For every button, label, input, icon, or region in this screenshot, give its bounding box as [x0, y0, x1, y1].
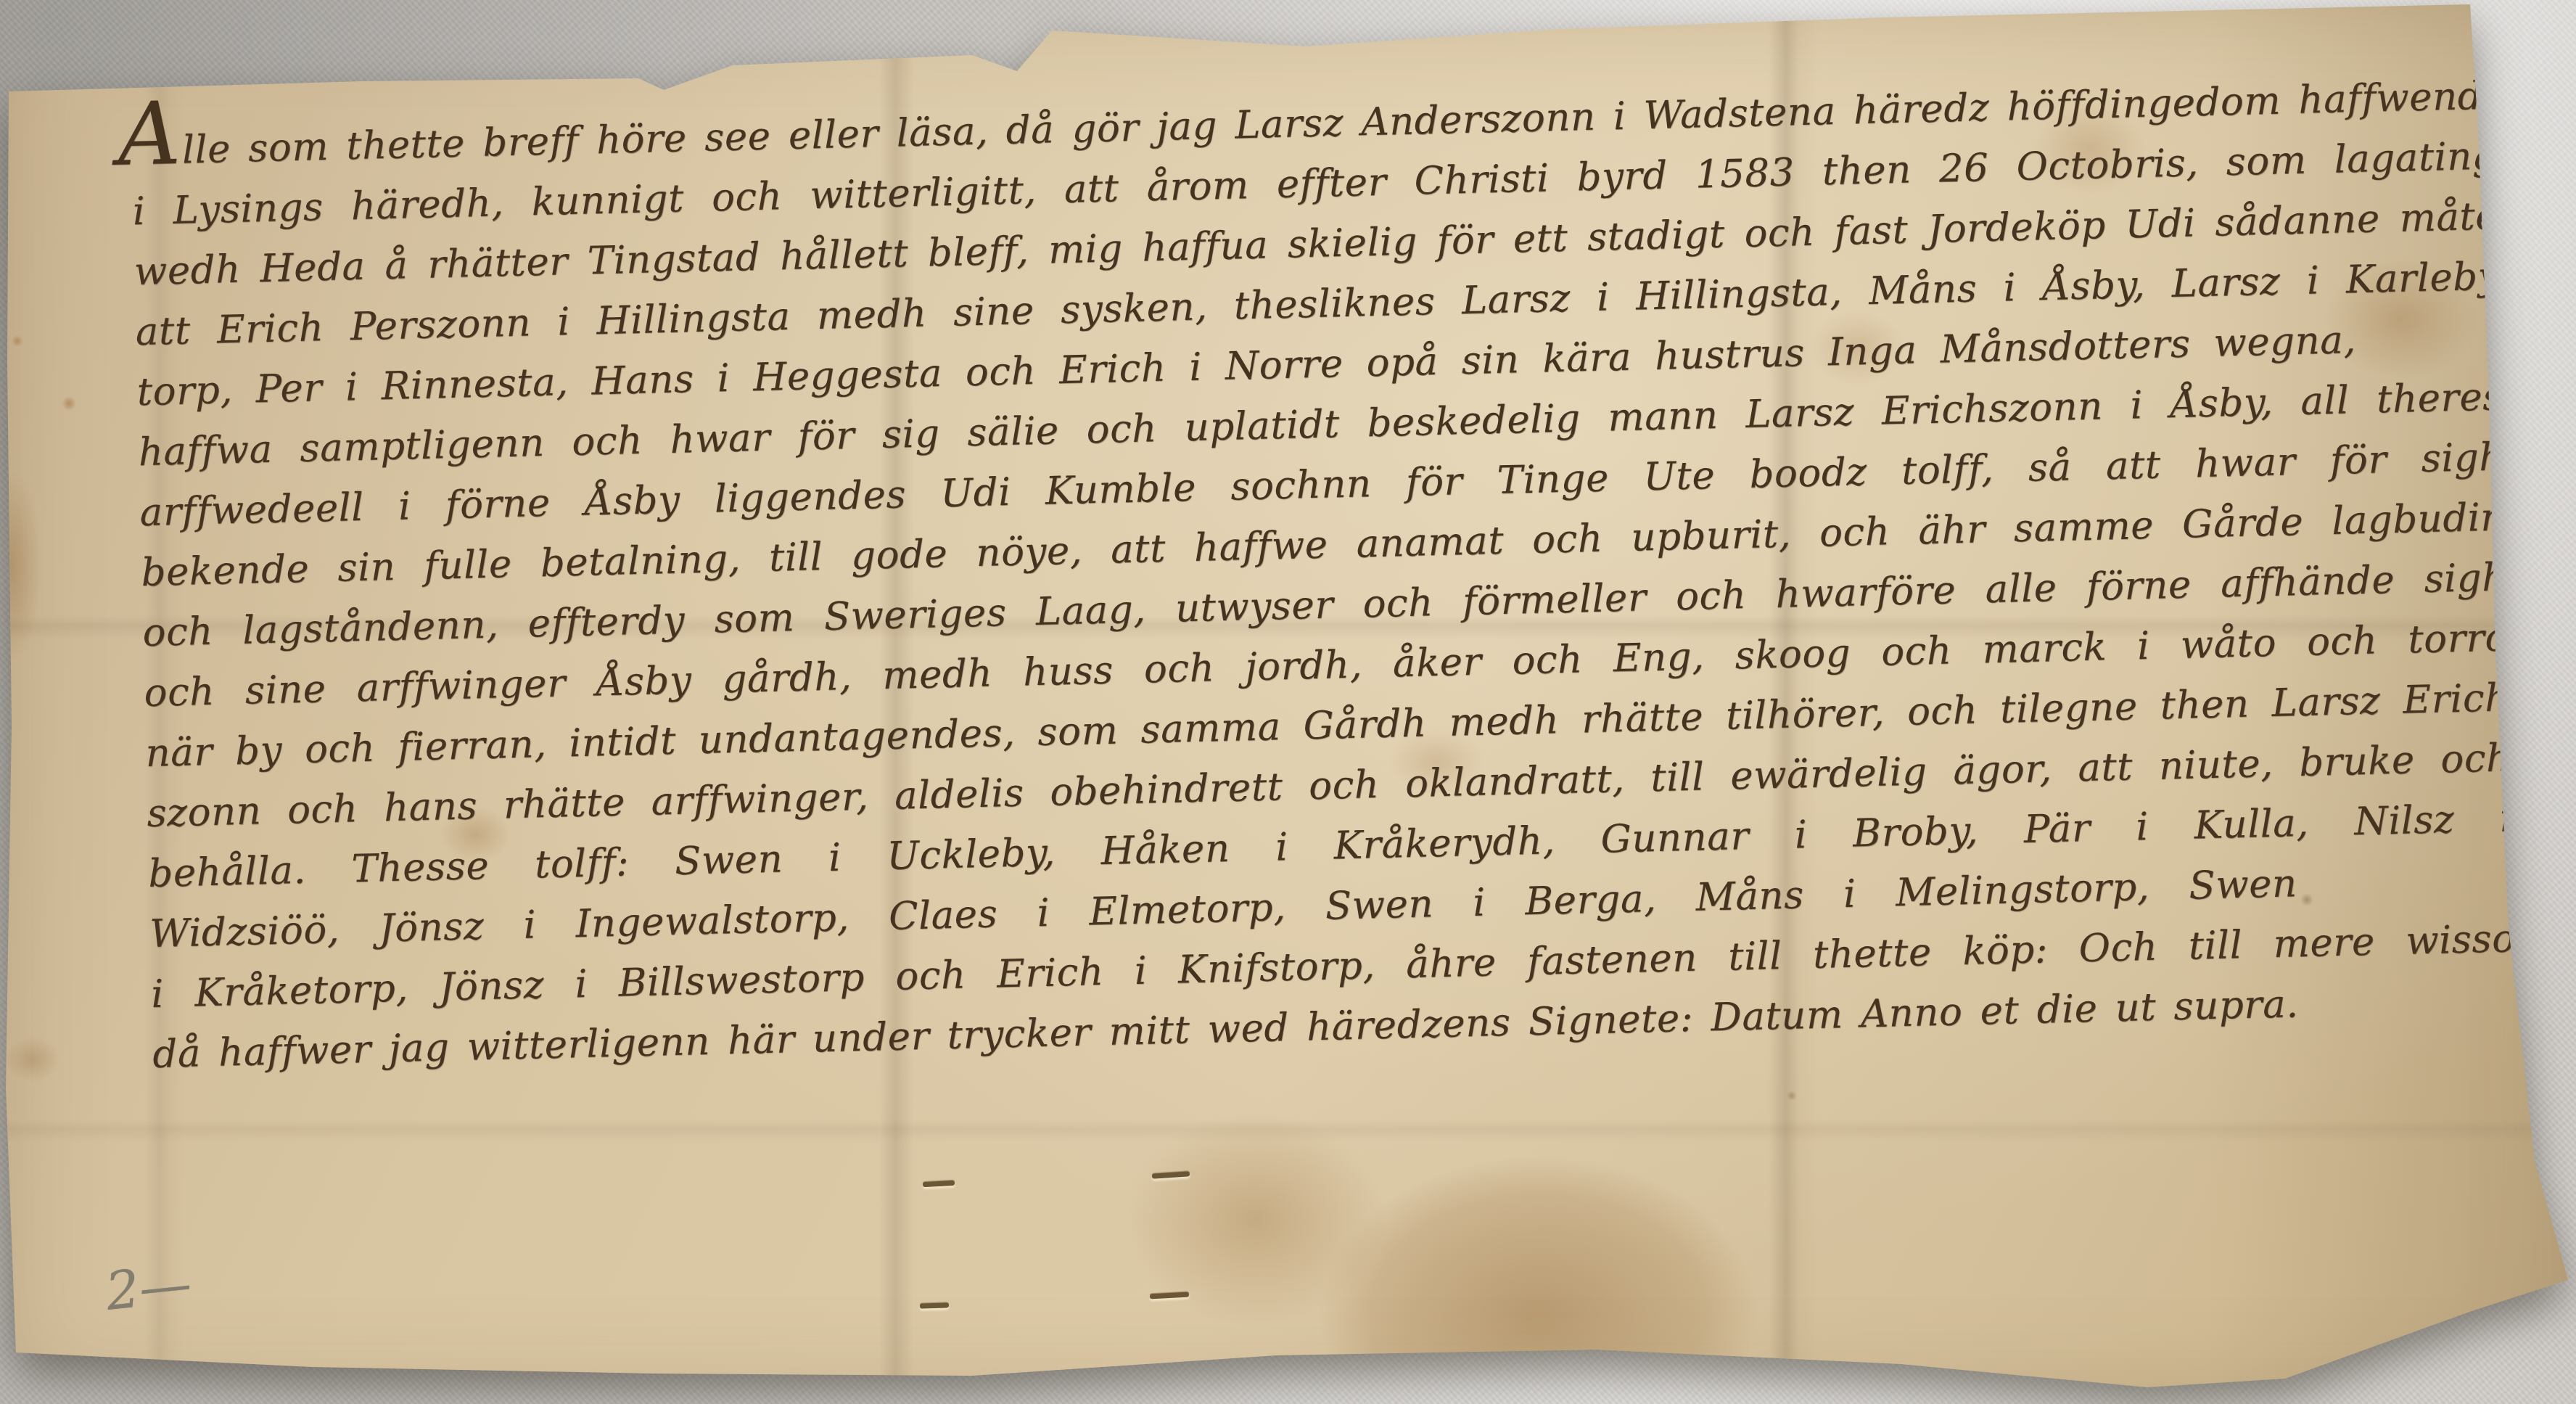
- seal-slit: [1150, 1292, 1189, 1300]
- pencil-mark: 2—: [103, 1252, 194, 1322]
- seal-slit: [1152, 1171, 1190, 1179]
- seal-slit: [923, 1181, 955, 1187]
- photograph-of-document: Alle som thette breff höre see eller läs…: [0, 0, 2576, 1404]
- parchment-shadow-wrap: Alle som thette breff höre see eller läs…: [0, 0, 2576, 1404]
- manuscript-text-block: Alle som thette breff höre see eller läs…: [109, 65, 2517, 1085]
- parchment-sheet: Alle som thette breff höre see eller läs…: [0, 0, 2576, 1404]
- seal-slit: [920, 1302, 949, 1308]
